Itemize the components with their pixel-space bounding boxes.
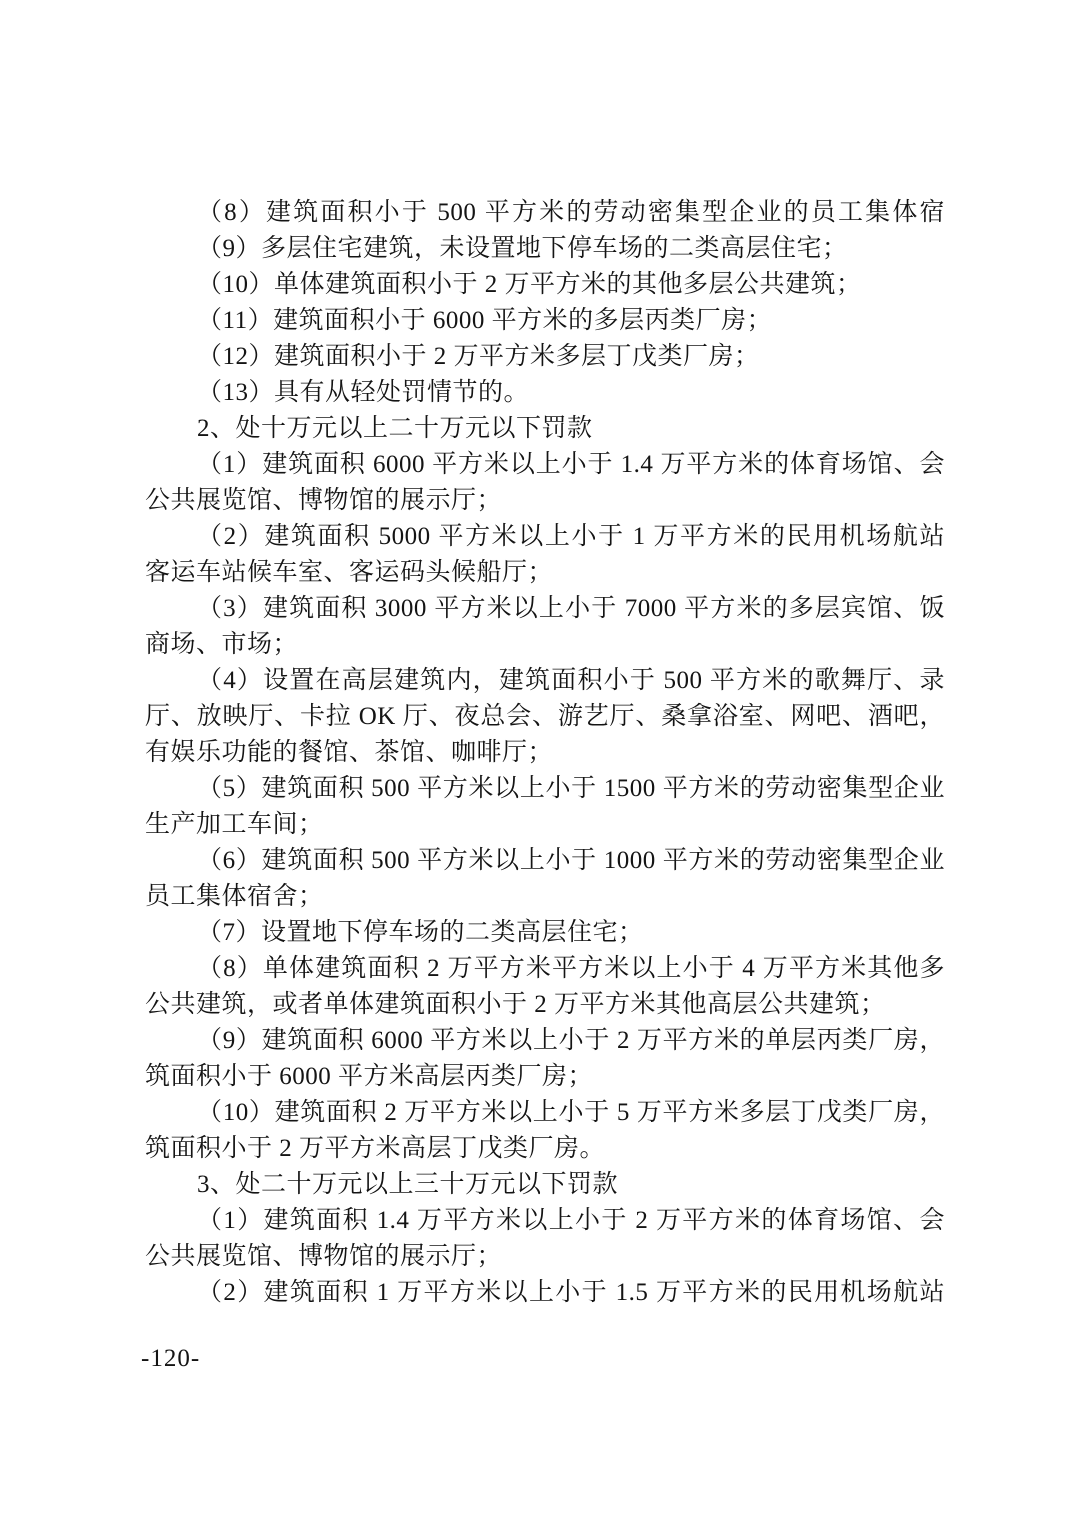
text-line: 筑面积小于 6000 平方米高层丙类厂房； xyxy=(145,1059,945,1095)
text-line: （10）单体建筑面积小于 2 万平方米的其他多层公共建筑； xyxy=(145,267,945,303)
text-line: （11）建筑面积小于 6000 平方米的多层丙类厂房； xyxy=(145,303,945,339)
text-line: 公共展览馆、博物馆的展示厅； xyxy=(145,483,945,519)
text-line: （2）建筑面积 1 万平方米以上小于 1.5 万平方米的民用机场航站楼、 xyxy=(145,1275,945,1311)
text-line: （9）多层住宅建筑，未设置地下停车场的二类高层住宅； xyxy=(145,231,945,267)
text-line: 生产加工车间； xyxy=(145,807,945,843)
text-line: 有娱乐功能的餐馆、茶馆、咖啡厅； xyxy=(145,735,945,771)
text-line: 客运车站候车室、客运码头候船厅； xyxy=(145,555,945,591)
text-line: （1）建筑面积 6000 平方米以上小于 1.4 万平方米的体育场馆、会堂， xyxy=(145,447,945,483)
text-line: （6）建筑面积 500 平方米以上小于 1000 平方米的劳动密集型企业的 xyxy=(145,843,945,879)
text-line: 公共展览馆、博物馆的展示厅； xyxy=(145,1239,945,1275)
text-line: （5）建筑面积 500 平方米以上小于 1500 平方米的劳动密集型企业的 xyxy=(145,771,945,807)
text-line: （12）建筑面积小于 2 万平方米多层丁戊类厂房； xyxy=(145,339,945,375)
page-number: -120- xyxy=(141,1341,200,1377)
document-page: （8）建筑面积小于 500 平方米的劳动密集型企业的员工集体宿舍；（9）多层住宅… xyxy=(0,0,1075,1520)
text-line: （8）建筑面积小于 500 平方米的劳动密集型企业的员工集体宿舍； xyxy=(145,195,945,231)
text-line: （3）建筑面积 3000 平方米以上小于 7000 平方米的多层宾馆、饭店、 xyxy=(145,591,945,627)
text-line: 员工集体宿舍； xyxy=(145,879,945,915)
text-line: （7）设置地下停车场的二类高层住宅； xyxy=(145,915,945,951)
text-line: 商场、市场； xyxy=(145,627,945,663)
text-block: （8）建筑面积小于 500 平方米的劳动密集型企业的员工集体宿舍；（9）多层住宅… xyxy=(145,195,945,1311)
text-line: （13）具有从轻处罚情节的。 xyxy=(145,375,945,411)
text-line: （9）建筑面积 6000 平方米以上小于 2 万平方米的单层丙类厂房，建 xyxy=(145,1023,945,1059)
text-line: 筑面积小于 2 万平方米高层丁戊类厂房。 xyxy=(145,1131,945,1167)
text-line: （10）建筑面积 2 万平方米以上小于 5 万平方米多层丁戊类厂房，建 xyxy=(145,1095,945,1131)
text-line: 2、处十万元以上二十万元以下罚款 xyxy=(145,411,945,447)
text-line: （1）建筑面积 1.4 万平方米以上小于 2 万平方米的体育场馆、会堂， xyxy=(145,1203,945,1239)
text-line: （2）建筑面积 5000 平方米以上小于 1 万平方米的民用机场航站楼、 xyxy=(145,519,945,555)
text-line: （4）设置在高层建筑内，建筑面积小于 500 平方米的歌舞厅、录像 xyxy=(145,663,945,699)
text-line: 厅、放映厅、卡拉 OK 厅、夜总会、游艺厅、桑拿浴室、网吧、酒吧，具 xyxy=(145,699,945,735)
text-line: 公共建筑，或者单体建筑面积小于 2 万平方米其他高层公共建筑； xyxy=(145,987,945,1023)
text-line: （8）单体建筑面积 2 万平方米平方米以上小于 4 万平方米其他多层 xyxy=(145,951,945,987)
text-line: 3、处二十万元以上三十万元以下罚款 xyxy=(145,1167,945,1203)
